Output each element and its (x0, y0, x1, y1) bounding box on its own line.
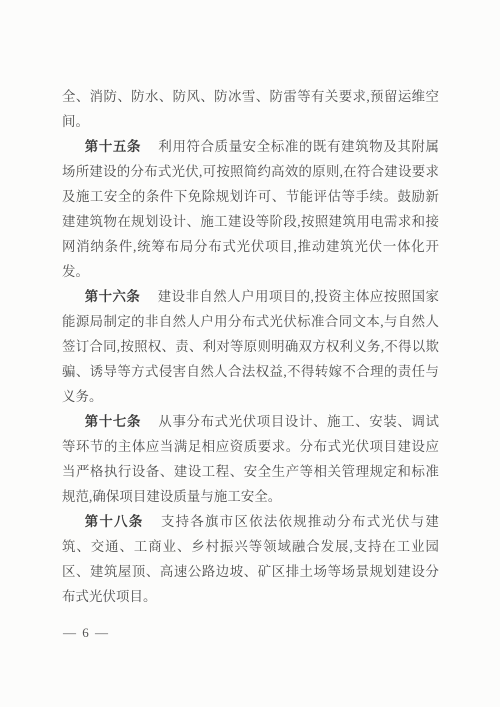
paragraph-article-17: 第十七条从事分布式光伏项目设计、施工、安装、调试等环节的主体应当满足相应资质要求… (62, 409, 439, 509)
article-16-heading: 第十六条 (85, 289, 141, 304)
page-number: — 6 — (63, 624, 110, 642)
paragraph-article-18: 第十八条支持各旗市区依法依规推动分布式光伏与建筑、交通、工商业、乡村振兴等领域融… (62, 509, 439, 609)
article-18-heading: 第十八条 (85, 514, 144, 529)
article-15-body: 利用符合质量安全标准的既有建筑物及其附属场所建设的分布式光伏,可按照简约高效的原… (62, 139, 439, 279)
article-15-heading: 第十五条 (85, 139, 141, 154)
paragraph-article-16: 第十六条建设非自然人户用项目的,投资主体应按照国家能源局制定的非自然人户用分布式… (62, 284, 439, 409)
paragraph-article-15: 第十五条利用符合质量安全标准的既有建筑物及其附属场所建设的分布式光伏,可按照简约… (62, 134, 439, 284)
article-16-body: 建设非自然人户用项目的,投资主体应按照国家能源局制定的非自然人户用分布式光伏标准… (62, 289, 439, 404)
scanned-document-page: 全、消防、防水、防风、防冰雪、防雷等有关要求,预留运维空间。 第十五条利用符合质… (0, 0, 500, 707)
paragraph-continuation: 全、消防、防水、防风、防冰雪、防雷等有关要求,预留运维空间。 (62, 84, 439, 134)
article-17-heading: 第十七条 (85, 414, 141, 429)
document-body: 全、消防、防水、防风、防冰雪、防雷等有关要求,预留运维空间。 第十五条利用符合质… (62, 84, 439, 609)
